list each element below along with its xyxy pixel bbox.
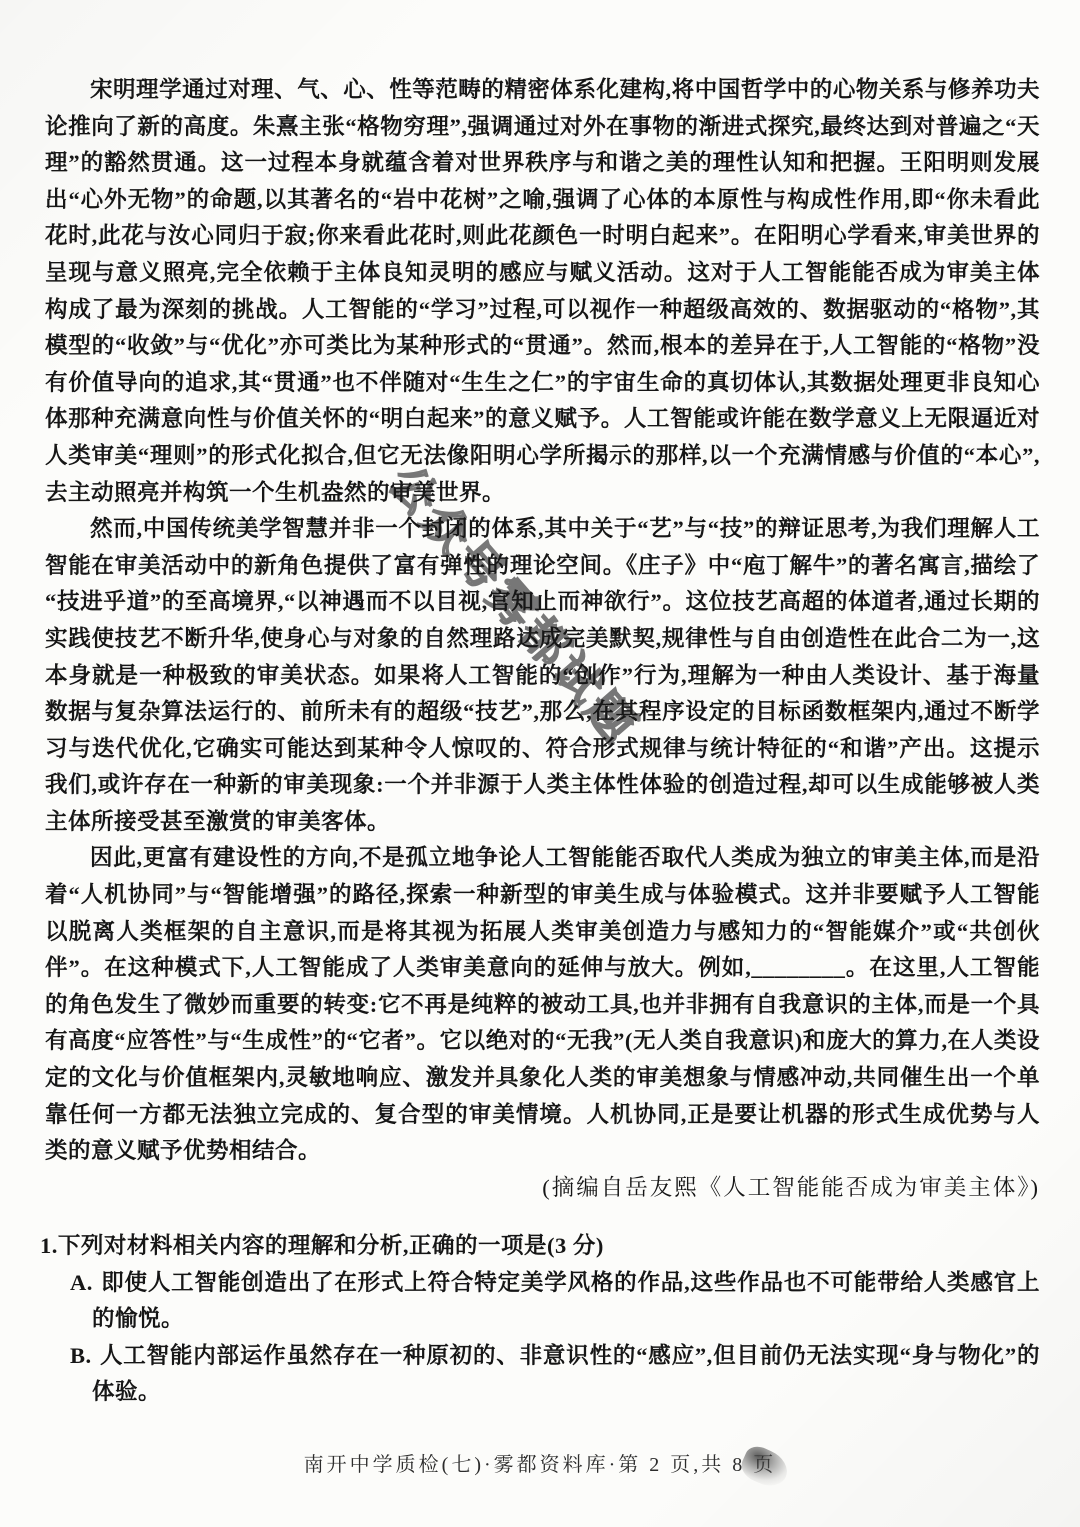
question-1-option-a: A.即使人工智能创造出了在形式上符合特定美学风格的作品,这些作品也不可能带给人类…	[70, 1265, 1040, 1338]
question-1-option-b: B.人工智能内部运作虽然存在一种原初的、非意识性的“感应”,但目前仍无法实现“身…	[70, 1338, 1040, 1411]
option-a-text: 即使人工智能创造出了在形式上符合特定美学风格的作品,这些作品也不可能带给人类感官…	[92, 1270, 1040, 1332]
passage-paragraph-3: 因此,更富有建设性的方向,不是孤立地争论人工智能能否取代人类成为独立的审美主体,…	[45, 840, 1040, 1169]
page-footer: 南开中学质检(七)·雾都资料库·第 2 页,共 8 页	[0, 1448, 1080, 1477]
question-1-stem: 1.下列对材料相关内容的理解和分析,正确的一项是(3 分)	[40, 1228, 1040, 1265]
question-1: 1.下列对材料相关内容的理解和分析,正确的一项是(3 分) A.即使人工智能创造…	[40, 1228, 1040, 1411]
reading-passage: 宋明理学通过对理、气、心、性等范畴的精密体系化建构,将中国哲学中的心物关系与修养…	[45, 72, 1040, 1206]
exam-page: 公众号雾都试题 宋明理学通过对理、气、心、性等范畴的精密体系化建构,将中国哲学中…	[0, 0, 1080, 1527]
option-b-label: B.	[70, 1343, 100, 1368]
option-b-text: 人工智能内部运作虽然存在一种原初的、非意识性的“感应”,但目前仍无法实现“身与物…	[92, 1343, 1040, 1405]
passage-paragraph-1: 宋明理学通过对理、气、心、性等范畴的精密体系化建构,将中国哲学中的心物关系与修养…	[45, 72, 1040, 511]
page-footer-text: 南开中学质检(七)·雾都资料库·第 2 页,共 8 页	[304, 1454, 777, 1476]
passage-attribution: (摘编自岳友熙《人工智能能否成为审美主体》)	[45, 1170, 1040, 1207]
passage-paragraph-2: 然而,中国传统美学智慧并非一个封闭的体系,其中关于“艺”与“技”的辩证思考,为我…	[45, 511, 1040, 840]
option-a-label: A.	[70, 1270, 101, 1295]
